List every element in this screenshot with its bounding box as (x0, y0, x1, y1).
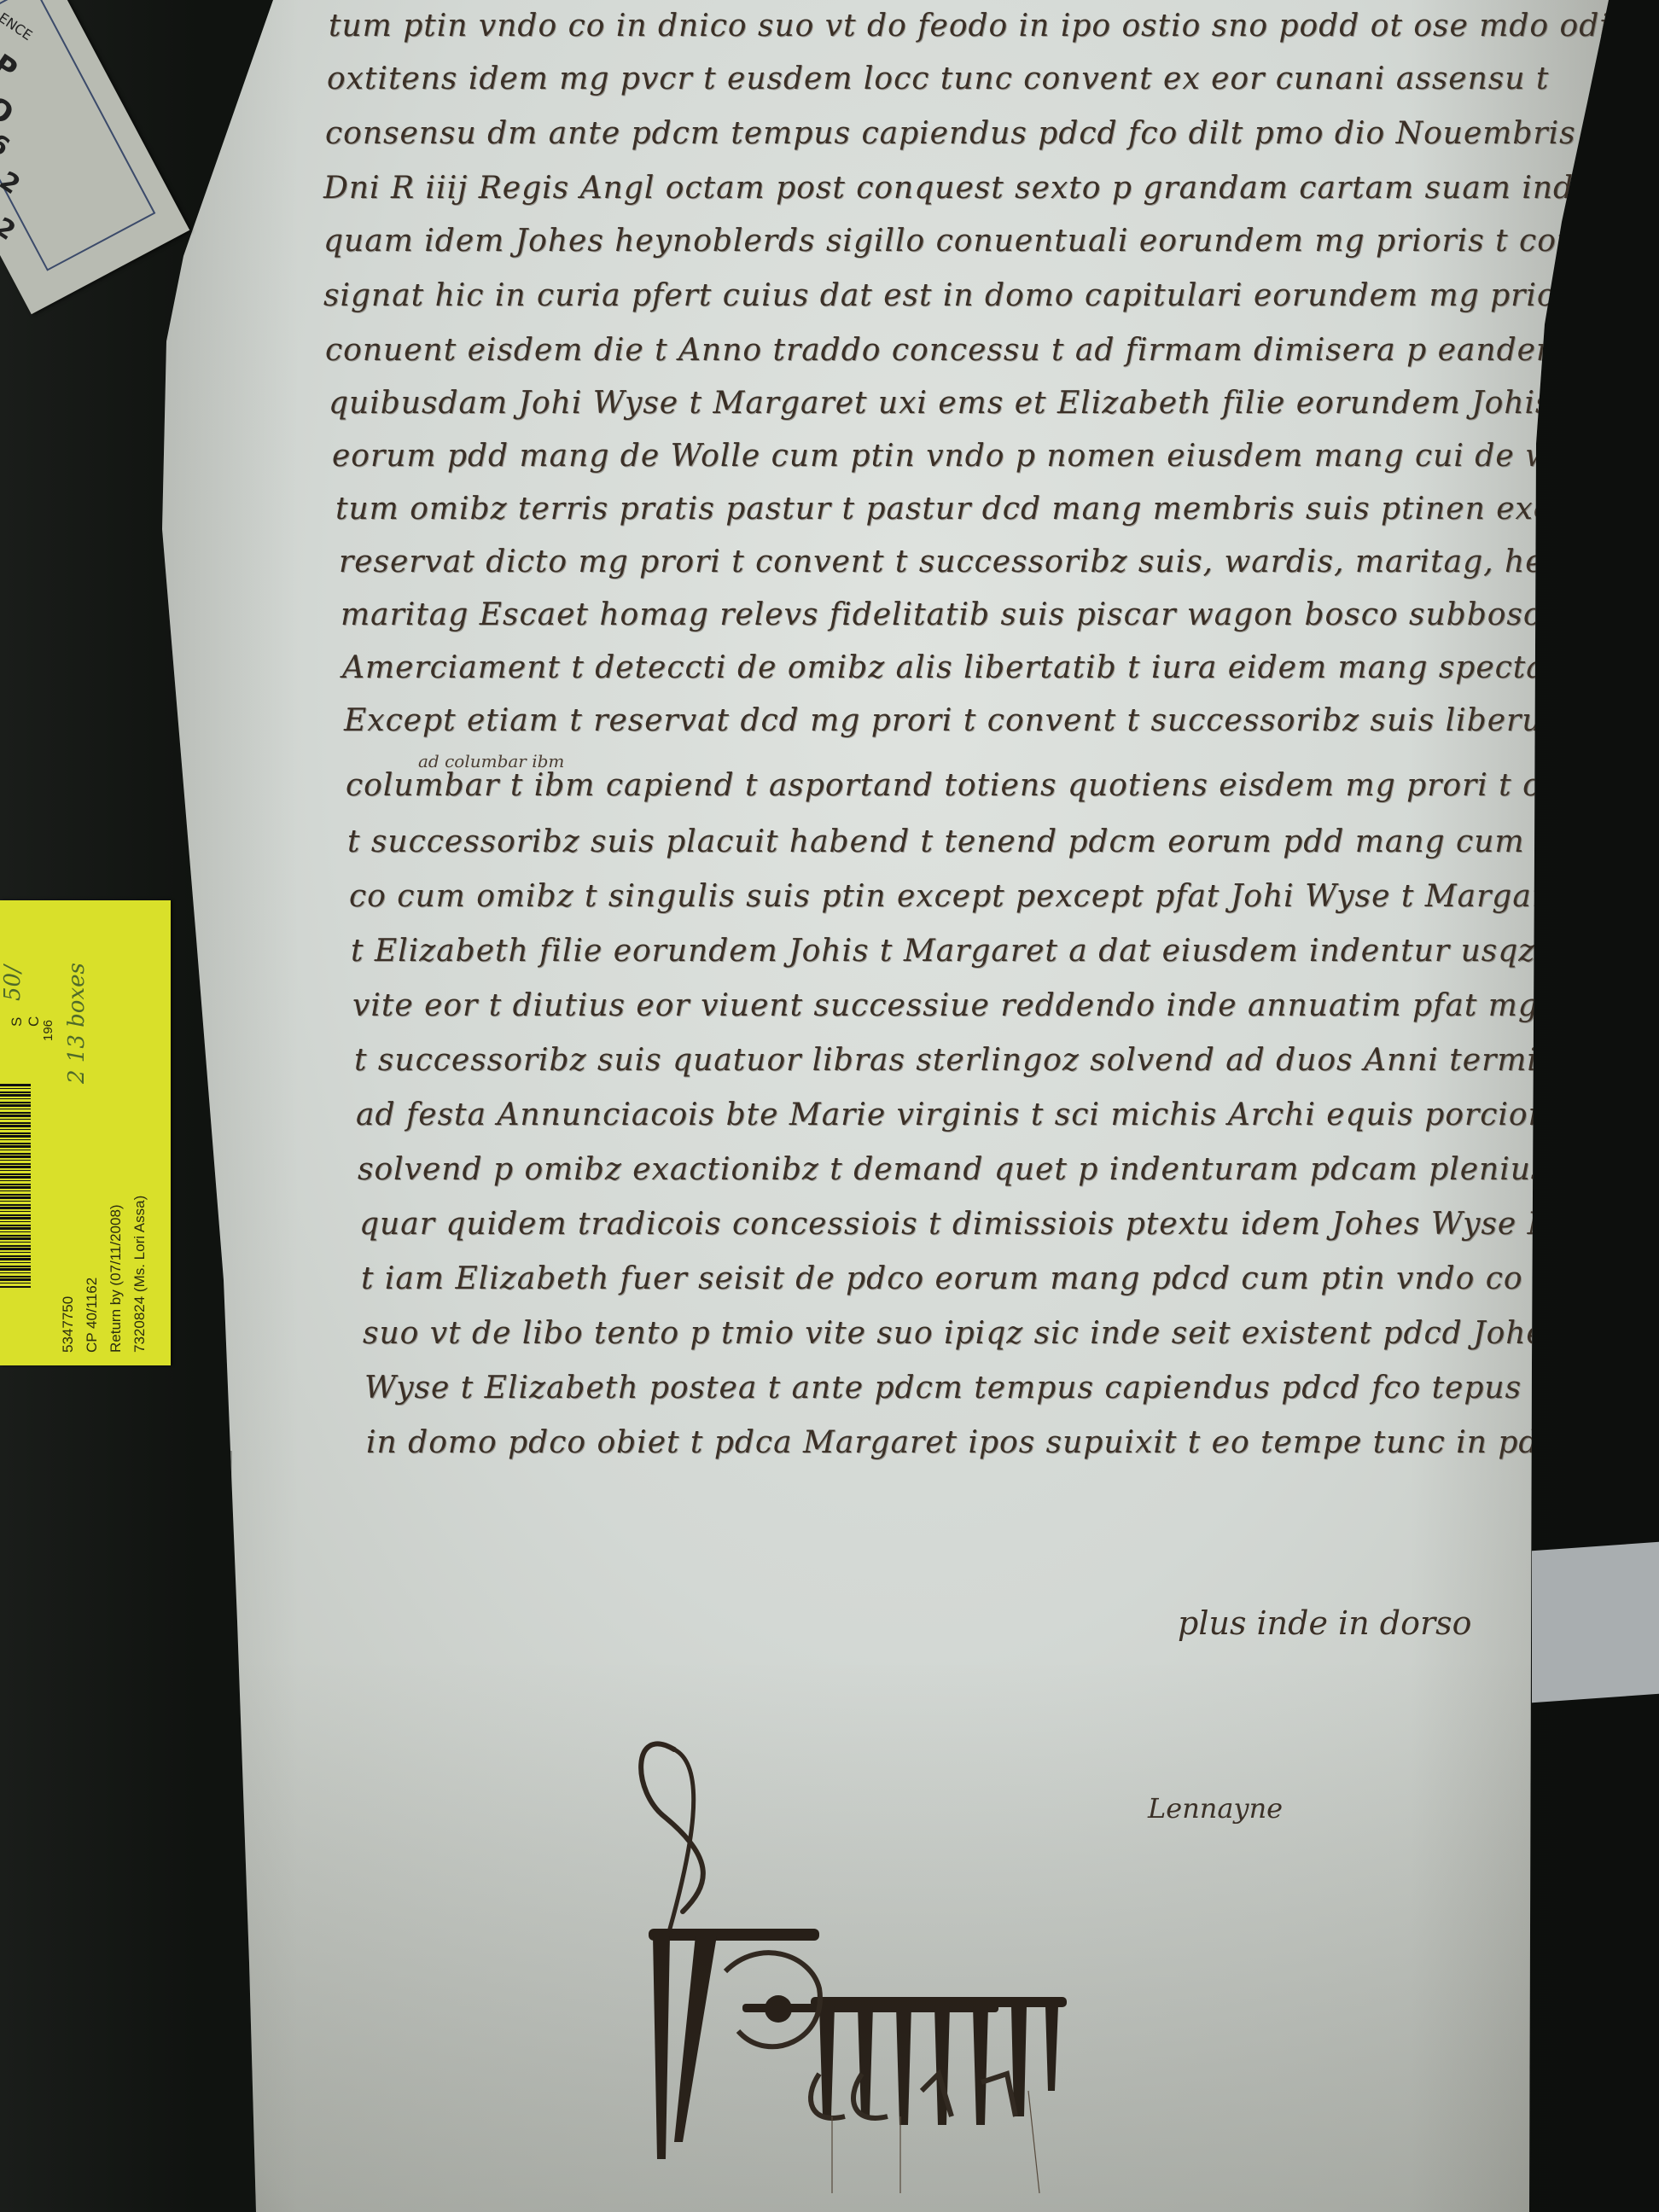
label-handwritten-boxes: 2 13 boxes (64, 963, 90, 1084)
manuscript-line: tum ptin vndo co in dnico suo vt do feod… (329, 9, 1659, 44)
manuscript-line: t iam Elizabeth fuer seisit de pdco eoru… (361, 1261, 1659, 1296)
manuscript-line: co cum omibz t singulis suis ptin except… (349, 879, 1659, 914)
label-reference: CP 40/1162 (84, 1278, 101, 1353)
marginal-note-plus-inde-in-dorso: plus inde in dorso (1178, 1604, 1472, 1642)
barcode-icon (0, 1084, 31, 1289)
manuscript-line: vite eor t diutius eor viuent successiue… (352, 988, 1642, 1023)
manuscript-line: maritag Escaet homag relevs fidelitatib … (341, 597, 1561, 632)
manuscript-line: suo vt de libo tento p tmio vite suo ipi… (363, 1316, 1562, 1351)
manuscript-line: Except etiam t reservat dcd mg prori t c… (344, 703, 1659, 738)
manuscript-line: Wyse t Elizabeth postea t ante pdcm temp… (364, 1371, 1622, 1406)
large-decorated-initial-icon (614, 1715, 1161, 2193)
manuscript-line: quibusdam Johi Wyse t Margaret uxi ems e… (329, 386, 1659, 421)
manuscript-line: t successoribz suis quatuor libras sterl… (354, 1043, 1659, 1078)
manuscript-line: Dni R iiij Regis Angl octam post conques… (323, 171, 1659, 206)
manuscript-line: quar quidem tradicois concessiois t dimi… (359, 1207, 1659, 1242)
manuscript-line: signat hic in curia pfert cuius dat est … (323, 278, 1623, 313)
manuscript-line: consensu dm ante pdcm tempus capiendus p… (325, 116, 1659, 151)
interlinear-note: ad columbar ibm (418, 751, 564, 771)
label-document-id: 5347750 (60, 1296, 77, 1353)
manuscript-line: t successoribz suis placuit habend t ten… (347, 824, 1659, 859)
clerk-signature: Lennayne (1148, 1792, 1283, 1825)
manuscript-line: ad festa Annunciacois bte Marie virginis… (356, 1097, 1597, 1132)
parchment-sheet: tum ptin vndo co in dnico suo vt do feod… (0, 0, 1659, 2212)
manuscript-line: Amerciament t deteccti de omibz alis lib… (342, 650, 1659, 685)
archive-production-label: 5347750 CP 40/1162 Return by (07/11/2008… (0, 900, 171, 1365)
label-reader: 7320824 (Ms. Lori Assa) (131, 1196, 148, 1353)
manuscript-line: quam idem Johes heynoblerds sigillo conu… (323, 224, 1659, 259)
manuscript-line: t Elizabeth filie eorundem Johis t Marga… (351, 934, 1659, 969)
label-handwritten-50: 50/ (0, 965, 26, 1001)
label-code-196: 196 (41, 1020, 55, 1041)
manuscript-line: reservat dicto mg prori t convent t succ… (339, 544, 1659, 579)
manuscript-line: columbar t ibm capiend t asportand totie… (346, 768, 1654, 803)
manuscript-line: in domo pdco obiet t pdca Margaret ipos … (366, 1425, 1576, 1460)
label-return-date: Return by (07/11/2008) (108, 1204, 125, 1353)
label-code-s: S (9, 1017, 26, 1027)
label-code-c: C (26, 1016, 43, 1027)
manuscript-line: oxtitens idem mg pvcr t eusdem locc tunc… (327, 61, 1549, 96)
manuscript-line: tum omibz terris pratis pastur t pastur … (335, 492, 1628, 527)
grey-support-strip (1532, 1542, 1659, 1703)
manuscript-line: solvend p omibz exactionibz t demand que… (358, 1152, 1659, 1187)
manuscript-line: conuent eisdem die t Anno traddo concess… (325, 333, 1659, 368)
manuscript-line: eorum pdd mang de Wolle cum ptin vndo p … (332, 439, 1612, 474)
